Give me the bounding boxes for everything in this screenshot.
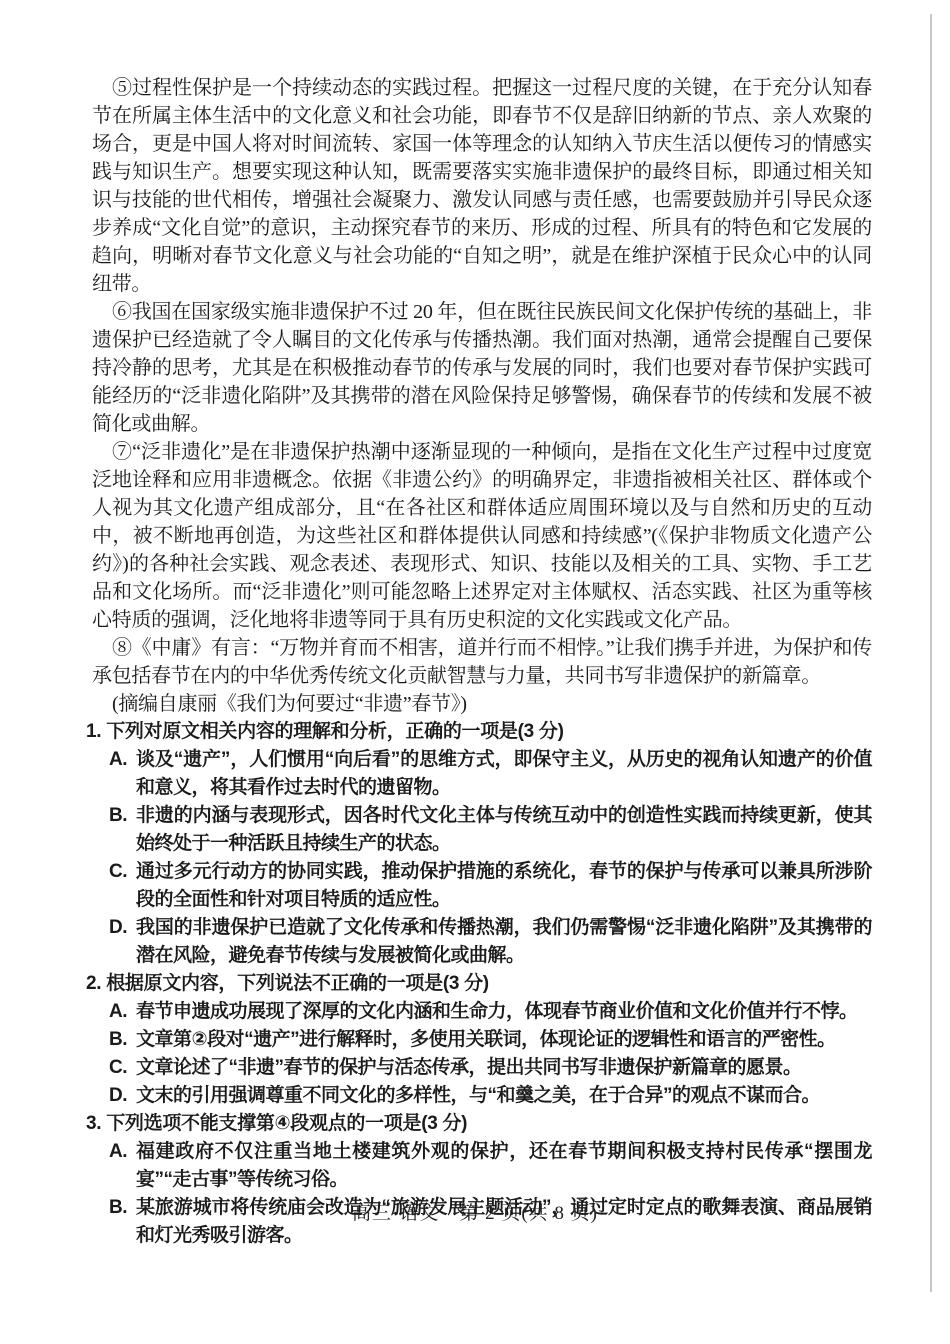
scan-edge-line <box>930 14 932 1292</box>
option-text: 非遗的内涵与表现形式，因各时代文化主体与传统互动中的创造性实践而持续更新，使其始… <box>136 805 872 854</box>
question-1-option-d: D. 我国的非遗保护已造就了文化传承和传播热潮，我们仍需警惕“泛非遗化陷阱”及其… <box>92 914 872 970</box>
passage-paragraph-7: ⑦“泛非遗化”是在非遗保护热潮中逐渐显现的一种倾向，是指在文化生产过程中过度宽泛… <box>92 438 872 634</box>
question-section: 1. 下列对原文相关内容的理解和分析，正确的一项是(3 分) A. 谈及“遗产”… <box>92 718 872 1250</box>
option-label: B. <box>109 802 127 830</box>
passage-paragraph-6: ⑥我国在国家级实施非遗保护不过 20 年，但在既往民族民间文化保护传统的基础上，… <box>92 298 872 438</box>
option-text: 文章第②段对“遗产”进行解释时，多使用关联词，体现论证的逻辑性和语言的严密性。 <box>136 1029 836 1050</box>
exam-page-content: ⑤过程性保护是一个持续动态的实践过程。把握这一过程尺度的关键，在于充分认知春节在… <box>92 74 872 1250</box>
question-3-option-a: A. 福建政府不仅注重当地土楼建筑外观的保护，还在春节期间积极支持村民传承“摆围… <box>92 1138 872 1194</box>
option-label: A. <box>109 1138 127 1166</box>
passage-paragraph-5: ⑤过程性保护是一个持续动态的实践过程。把握这一过程尺度的关键，在于充分认知春节在… <box>92 74 872 298</box>
question-2: 2. 根据原文内容，下列说法不正确的一项是(3 分) A. 春节申遗成功展现了深… <box>92 970 872 1110</box>
option-label: B. <box>109 1026 127 1054</box>
question-2-option-d: D. 文末的引用强调尊重不同文化的多样性，与“和羹之美，在于合异”的观点不谋而合… <box>92 1082 872 1110</box>
option-text: 通过多元行动方的协同实践，推动保护措施的系统化，春节的保护与传承可以兼具所涉阶段… <box>136 861 872 910</box>
option-text: 文末的引用强调尊重不同文化的多样性，与“和羹之美，在于合异”的观点不谋而合。 <box>136 1085 820 1106</box>
question-3-stem: 3. 下列选项不能支撑第④段观点的一项是(3 分) <box>86 1110 872 1138</box>
question-1-option-a: A. 谈及“遗产”，人们惯用“向后看”的思维方式，即保守主义，从历史的视角认知遗… <box>92 746 872 802</box>
option-text: 文章论述了“非遗”春节的保护与活态传承，提出共同书写非遗保护新篇章的愿景。 <box>136 1057 802 1078</box>
option-label: A. <box>109 746 127 774</box>
option-label: D. <box>109 1082 127 1110</box>
question-2-stem: 2. 根据原文内容，下列说法不正确的一项是(3 分) <box>86 970 872 998</box>
option-label: D. <box>109 914 127 942</box>
passage-attribution: (摘编自康丽《我们为何要过“非遗”春节》) <box>92 690 872 718</box>
option-text: 我国的非遗保护已造就了文化传承和传播热潮，我们仍需警惕“泛非遗化陷阱”及其携带的… <box>136 917 872 966</box>
question-1: 1. 下列对原文相关内容的理解和分析，正确的一项是(3 分) A. 谈及“遗产”… <box>92 718 872 970</box>
passage-paragraph-8: ⑧《中庸》有言：“万物并育而不相害，道并行而不相悖。”让我们携手并进，为保护和传… <box>92 634 872 690</box>
option-text: 福建政府不仅注重当地土楼建筑外观的保护，还在春节期间积极支持村民传承“摆围龙宴”… <box>136 1141 872 1190</box>
question-3: 3. 下列选项不能支撑第④段观点的一项是(3 分) A. 福建政府不仅注重当地土… <box>92 1110 872 1250</box>
question-1-option-b: B. 非遗的内涵与表现形式，因各时代文化主体与传统互动中的创造性实践而持续更新，… <box>92 802 872 858</box>
option-text: 谈及“遗产”，人们惯用“向后看”的思维方式，即保守主义，从历史的视角认知遗产的价… <box>136 749 872 798</box>
question-1-stem: 1. 下列对原文相关内容的理解和分析，正确的一项是(3 分) <box>86 718 872 746</box>
option-label: C. <box>109 1054 127 1082</box>
exam-page-sheet: ⑤过程性保护是一个持续动态的实践过程。把握这一过程尺度的关键，在于充分认知春节在… <box>0 0 950 1344</box>
option-label: A. <box>109 998 127 1026</box>
reading-passage: ⑤过程性保护是一个持续动态的实践过程。把握这一过程尺度的关键，在于充分认知春节在… <box>92 74 872 718</box>
question-2-option-c: C. 文章论述了“非遗”春节的保护与活态传承，提出共同书写非遗保护新篇章的愿景。 <box>92 1054 872 1082</box>
question-1-option-c: C. 通过多元行动方的协同实践，推动保护措施的系统化，春节的保护与传承可以兼具所… <box>92 858 872 914</box>
question-2-option-a: A. 春节申遗成功展现了深厚的文化内涵和生命力，体现春节商业价值和文化价值并行不… <box>92 998 872 1026</box>
question-2-option-b: B. 文章第②段对“遗产”进行解释时，多使用关联词，体现论证的逻辑性和语言的严密… <box>92 1026 872 1054</box>
option-text: 春节申遗成功展现了深厚的文化内涵和生命力，体现春节商业价值和文化价值并行不悖。 <box>136 1001 858 1022</box>
option-label: C. <box>109 858 127 886</box>
page-footer: 高三·语文 第 2 页(共 8 页) <box>0 1200 950 1228</box>
